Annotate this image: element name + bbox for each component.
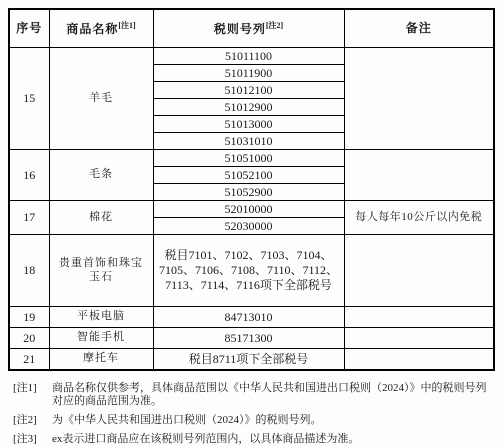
- table-row: 15羊毛51011100: [9, 48, 494, 65]
- tariff-code-cell: 51013000: [153, 116, 344, 133]
- footnote-text: 为《中华人民共和国进出口税则（2024）》的税则号列。: [49, 414, 495, 427]
- table-row: 21摩托车税目8711项下全部税号: [9, 349, 494, 371]
- column-header-remark-label: 备注: [406, 21, 432, 35]
- column-header-tariff: 税则号列[注2]: [153, 9, 344, 48]
- remark-cell: 每人每年10公斤以内免税: [344, 201, 494, 235]
- tariff-code-cell: 税目7101、7102、7103、7104、7105、7106、7108、711…: [153, 235, 344, 307]
- name-cell: 棉花: [49, 201, 153, 235]
- document-page: 序号 商品名称[注1] 税则号列[注2] 备注 15羊毛510111005101…: [0, 0, 502, 446]
- remark-cell: [344, 349, 494, 371]
- remark-cell: [344, 150, 494, 201]
- tariff-code-cell: 51011100: [153, 48, 344, 65]
- name-cell: 智能手机: [49, 328, 153, 349]
- tariff-table: 序号 商品名称[注1] 税则号列[注2] 备注 15羊毛510111005101…: [8, 8, 495, 371]
- name-cell: 摩托车: [49, 349, 153, 371]
- column-header-name-label: 商品名称: [66, 22, 118, 36]
- name-cell: 平板电脑: [49, 307, 153, 328]
- name-cell: 贵重首饰和珠宝玉石: [49, 235, 153, 307]
- remark-cell: [344, 48, 494, 150]
- remark-cell: [344, 235, 494, 307]
- seq-cell: 20: [9, 328, 49, 349]
- tariff-code-cell: 51051000: [153, 150, 344, 167]
- remark-cell: [344, 328, 494, 349]
- tariff-code-cell: 52030000: [153, 218, 344, 235]
- seq-cell: 16: [9, 150, 49, 201]
- tariff-code-cell: 51031010: [153, 133, 344, 150]
- seq-cell: 15: [9, 48, 49, 150]
- tariff-code-cell: 84713010: [153, 307, 344, 328]
- column-header-seq: 序号: [9, 9, 49, 48]
- footnote: [注2]为《中华人民共和国进出口税则（2024）》的税则号列。: [13, 414, 495, 427]
- tariff-code-cell: 51012100: [153, 82, 344, 99]
- tariff-code-cell: 51052900: [153, 184, 344, 201]
- tariff-code-cell: 税目8711项下全部税号: [153, 349, 344, 371]
- footnote-tag: [注3]: [13, 433, 49, 446]
- column-header-name: 商品名称[注1]: [49, 9, 153, 48]
- table-row: 19平板电脑84713010: [9, 307, 494, 328]
- tariff-code-cell: 51011900: [153, 65, 344, 82]
- tariff-code-cell: 51052100: [153, 167, 344, 184]
- table-row: 18贵重首饰和珠宝玉石税目7101、7102、7103、7104、7105、71…: [9, 235, 494, 307]
- table-row: 16毛条51051000: [9, 150, 494, 167]
- column-header-remark: 备注: [344, 9, 494, 48]
- table-row: 20智能手机85171300: [9, 328, 494, 349]
- name-cell: 毛条: [49, 150, 153, 201]
- column-header-tariff-footnote-ref: [注2]: [266, 21, 283, 30]
- footnote: [注3]ex表示进口商品应在该税则号列范围内，以具体商品描述为准。: [13, 433, 495, 446]
- tariff-code-cell: 51012900: [153, 99, 344, 116]
- column-header-tariff-label: 税则号列: [214, 22, 266, 36]
- footnote-tag: [注1]: [13, 382, 49, 408]
- footnote-text: ex表示进口商品应在该税则号列范围内，以具体商品描述为准。: [49, 433, 495, 446]
- seq-cell: 18: [9, 235, 49, 307]
- footnote: [注1]商品名称仅供参考，具体商品范围以《中华人民共和国进出口税则（2024）》…: [13, 382, 495, 408]
- table-row: 17棉花52010000每人每年10公斤以内免税: [9, 201, 494, 218]
- column-header-seq-label: 序号: [16, 21, 42, 35]
- name-cell: 羊毛: [49, 48, 153, 150]
- remark-cell: [344, 307, 494, 328]
- tariff-code-cell: 52010000: [153, 201, 344, 218]
- header-row: 序号 商品名称[注1] 税则号列[注2] 备注: [9, 9, 494, 48]
- column-header-name-footnote-ref: [注1]: [118, 21, 135, 30]
- footnote-text: 商品名称仅供参考，具体商品范围以《中华人民共和国进出口税则（2024）》中的税则…: [49, 382, 495, 408]
- footnote-tag: [注2]: [13, 414, 49, 427]
- footnotes: [注1]商品名称仅供参考，具体商品范围以《中华人民共和国进出口税则（2024）》…: [13, 382, 495, 446]
- seq-cell: 17: [9, 201, 49, 235]
- seq-cell: 21: [9, 349, 49, 371]
- tariff-code-cell: 85171300: [153, 328, 344, 349]
- seq-cell: 19: [9, 307, 49, 328]
